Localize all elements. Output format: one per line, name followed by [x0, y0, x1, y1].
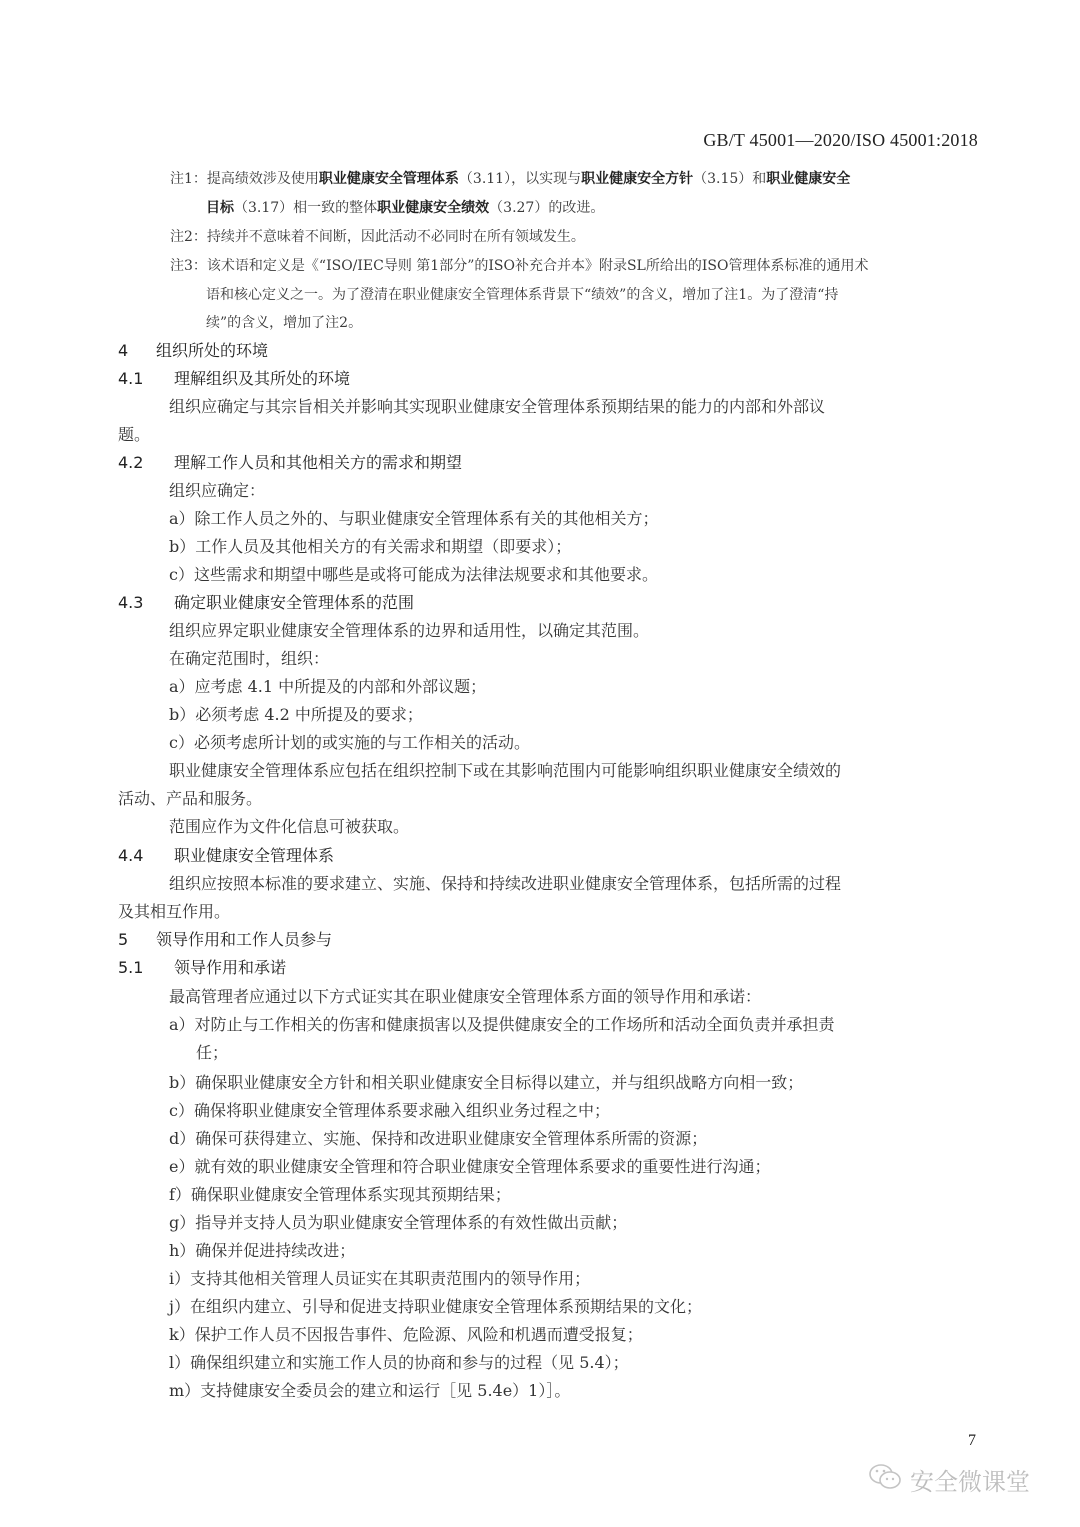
watermark-text: 安全微课堂 — [910, 1462, 1030, 1497]
note-3-text-1: 该术语和定义是《“ISO/IEC导则 第1部分”的ISO补充合并本》附录SL所给… — [207, 258, 869, 274]
section-number: 4.3 — [118, 592, 174, 614]
list-item-4-2-a: a）除工作人员之外的、与职业健康安全管理体系有关的其他相关方； — [169, 508, 659, 530]
section-title: 确定职业健康安全管理体系的范围 — [174, 593, 414, 612]
list-item-5-1-c: c）确保将职业健康安全管理体系要求融入组织业务过程之中； — [169, 1100, 610, 1122]
list-item-4-2-c: c）这些需求和期望中哪些是或将可能成为法律法规要求和其他要求。 — [169, 564, 658, 586]
para-5-1-intro: 最高管理者应通过以下方式证实其在职业健康安全管理体系方面的领导作用和承诺： — [169, 986, 761, 1008]
list-item-4-3-b: b）必须考虑 4.2 中所提及的要求； — [169, 704, 423, 726]
section-title: 领导作用和工作人员参与 — [156, 930, 332, 949]
watermark: 安全微课堂 — [868, 1462, 1030, 1497]
page-number: 7 — [968, 1432, 976, 1450]
note-3-text-2: 语和核心定义之一。为了澄清在职业健康安全管理体系背景下“绩效”的含义，增加了注1… — [206, 287, 838, 303]
note-1-runs-line-2: 目标（3.17）相一致的整体职业健康安全绩效（3.27）的改进。 — [206, 200, 604, 216]
heading-section-4: 4组织所处的环境 — [118, 340, 268, 362]
note-2: 注2：持续并不意味着不间断，因此活动不必同时在所有领域发生。 — [170, 226, 585, 248]
para-4-3-3-line-1: 职业健康安全管理体系应包括在组织控制下或在其影响范围内可能影响组织职业健康安全绩… — [169, 760, 841, 782]
heading-section-4-1: 4.1理解组织及其所处的环境 — [118, 368, 350, 390]
note-3-line-1: 注3：该术语和定义是《“ISO/IEC导则 第1部分”的ISO补充合并本》附录S… — [170, 255, 868, 277]
list-item-5-1-k: k）保护工作人员不因报告事件、危险源、风险和机遇而遭受报复； — [169, 1324, 643, 1346]
para-4-3-1: 组织应界定职业健康安全管理体系的边界和适用性，以确定其范围。 — [169, 620, 649, 642]
para-4-3-2: 在确定范围时，组织： — [169, 648, 329, 670]
heading-section-4-4: 4.4职业健康安全管理体系 — [118, 845, 334, 867]
list-item-5-1-h: h）确保并促进持续改进； — [169, 1240, 355, 1262]
section-number: 4.1 — [118, 368, 174, 390]
note-text: 该术语和定义是《“ISO/IEC导则 第1部分”的ISO补充合并本》附录SL所给… — [207, 258, 869, 274]
note-text: （3.27）的改进。 — [489, 200, 604, 216]
defined-term: 职业健康安全绩效 — [377, 200, 489, 216]
note-text: 续”的含义，增加了注2。 — [206, 315, 362, 331]
defined-term: 职业健康安全管理体系 — [319, 171, 459, 187]
list-item-5-1-e: e）就有效的职业健康安全管理和符合职业健康安全管理体系要求的重要性进行沟通； — [169, 1156, 770, 1178]
para-4-3-4: 范围应作为文件化信息可被获取。 — [169, 816, 409, 838]
defined-term: 职业健康安全 — [766, 171, 850, 187]
list-item-4-2-b: b）工作人员及其他相关方的有关需求和期望（即要求）； — [169, 536, 571, 558]
heading-section-4-3: 4.3确定职业健康安全管理体系的范围 — [118, 592, 414, 614]
note-text: （3.17）相一致的整体 — [234, 200, 377, 216]
note-3-line-2: 语和核心定义之一。为了澄清在职业健康安全管理体系背景下“绩效”的含义，增加了注1… — [206, 284, 838, 306]
note-text: （3.15）和 — [693, 171, 766, 187]
note-text: 提高绩效涉及使用 — [207, 171, 319, 187]
note-label: 注3： — [170, 258, 207, 274]
list-item-5-1-i: i）支持其他相关管理人员证实在其职责范围内的领导作用； — [169, 1268, 590, 1290]
note-text: 持续并不意味着不间断，因此活动不必同时在所有领域发生。 — [207, 229, 585, 245]
defined-term: 职业健康安全方针 — [581, 171, 693, 187]
para-4-1-line-1: 组织应确定与其宗旨相关并影响其实现职业健康安全管理体系预期结果的能力的内部和外部… — [169, 396, 825, 418]
list-item-5-1-a-line-2: 任； — [196, 1042, 228, 1064]
standard-number-header: GB/T 45001—2020/ISO 45001:2018 — [703, 130, 978, 151]
list-item-5-1-f: f）确保职业健康安全管理体系实现其预期结果； — [169, 1184, 511, 1206]
section-title: 组织所处的环境 — [156, 341, 268, 360]
section-title: 理解组织及其所处的环境 — [174, 369, 350, 388]
note-text: 语和核心定义之一。为了澄清在职业健康安全管理体系背景下“绩效”的含义，增加了注1… — [206, 287, 838, 303]
note-label: 注2： — [170, 229, 207, 245]
list-item-5-1-j: j）在组织内建立、引导和促进支持职业健康安全管理体系预期结果的文化； — [169, 1296, 702, 1318]
note-label: 注1： — [170, 171, 207, 187]
list-item-5-1-m: m）支持健康安全委员会的建立和运行［见 5.4e）1）］。 — [169, 1380, 570, 1402]
note-1-line-1: 注1：提高绩效涉及使用职业健康安全管理体系（3.11），以实现与职业健康安全方针… — [170, 168, 850, 190]
note-1-runs-line-1: 提高绩效涉及使用职业健康安全管理体系（3.11），以实现与职业健康安全方针（3.… — [207, 171, 850, 187]
para-4-1-line-2: 题。 — [118, 424, 150, 446]
para-4-4-line-2: 及其相互作用。 — [118, 901, 230, 923]
section-title: 职业健康安全管理体系 — [174, 846, 334, 865]
para-4-4-line-1: 组织应按照本标准的要求建立、实施、保持和持续改进职业健康安全管理体系，包括所需的… — [169, 873, 841, 895]
section-number: 4 — [118, 340, 156, 362]
list-item-5-1-a-line-1: a）对防止与工作相关的伤害和健康损害以及提供健康安全的工作场所和活动全面负责并承… — [169, 1014, 835, 1036]
note-3-text-3: 续”的含义，增加了注2。 — [206, 315, 362, 331]
list-item-5-1-b: b）确保职业健康安全方针和相关职业健康安全目标得以建立，并与组织战略方向相一致； — [169, 1072, 803, 1094]
note-1-line-2: 目标（3.17）相一致的整体职业健康安全绩效（3.27）的改进。 — [206, 197, 604, 219]
heading-section-5: 5领导作用和工作人员参与 — [118, 929, 332, 951]
note-text: （3.11），以实现与 — [459, 171, 581, 187]
note-2-text: 持续并不意味着不间断，因此活动不必同时在所有领域发生。 — [207, 229, 585, 245]
heading-section-4-2: 4.2理解工作人员和其他相关方的需求和期望 — [118, 452, 462, 474]
section-number: 4.2 — [118, 452, 174, 474]
defined-term: 目标 — [206, 200, 234, 216]
list-item-5-1-d: d）确保可获得建立、实施、保持和改进职业健康安全管理体系所需的资源； — [169, 1128, 707, 1150]
section-number: 5 — [118, 929, 156, 951]
para-4-3-3-line-2: 活动、产品和服务。 — [118, 788, 262, 810]
para-4-2-intro: 组织应确定： — [169, 480, 265, 502]
section-number: 5.1 — [118, 957, 174, 979]
document-page: GB/T 45001—2020/ISO 45001:2018 注1：提高绩效涉及… — [0, 0, 1080, 1527]
section-title: 理解工作人员和其他相关方的需求和期望 — [174, 453, 462, 472]
note-3-line-3: 续”的含义，增加了注2。 — [206, 312, 362, 334]
list-item-4-3-c: c）必须考虑所计划的或实施的与工作相关的活动。 — [169, 732, 530, 754]
list-item-4-3-a: a）应考虑 4.1 中所提及的内部和外部议题； — [169, 676, 486, 698]
section-number: 4.4 — [118, 845, 174, 867]
list-item-5-1-l: l）确保组织建立和实施工作人员的协商和参与的过程（见 5.4）； — [169, 1352, 629, 1374]
section-title: 领导作用和承诺 — [174, 958, 286, 977]
list-item-5-1-g: g）指导并支持人员为职业健康安全管理体系的有效性做出贡献； — [169, 1212, 627, 1234]
wechat-icon — [868, 1463, 910, 1497]
heading-section-5-1: 5.1领导作用和承诺 — [118, 957, 286, 979]
